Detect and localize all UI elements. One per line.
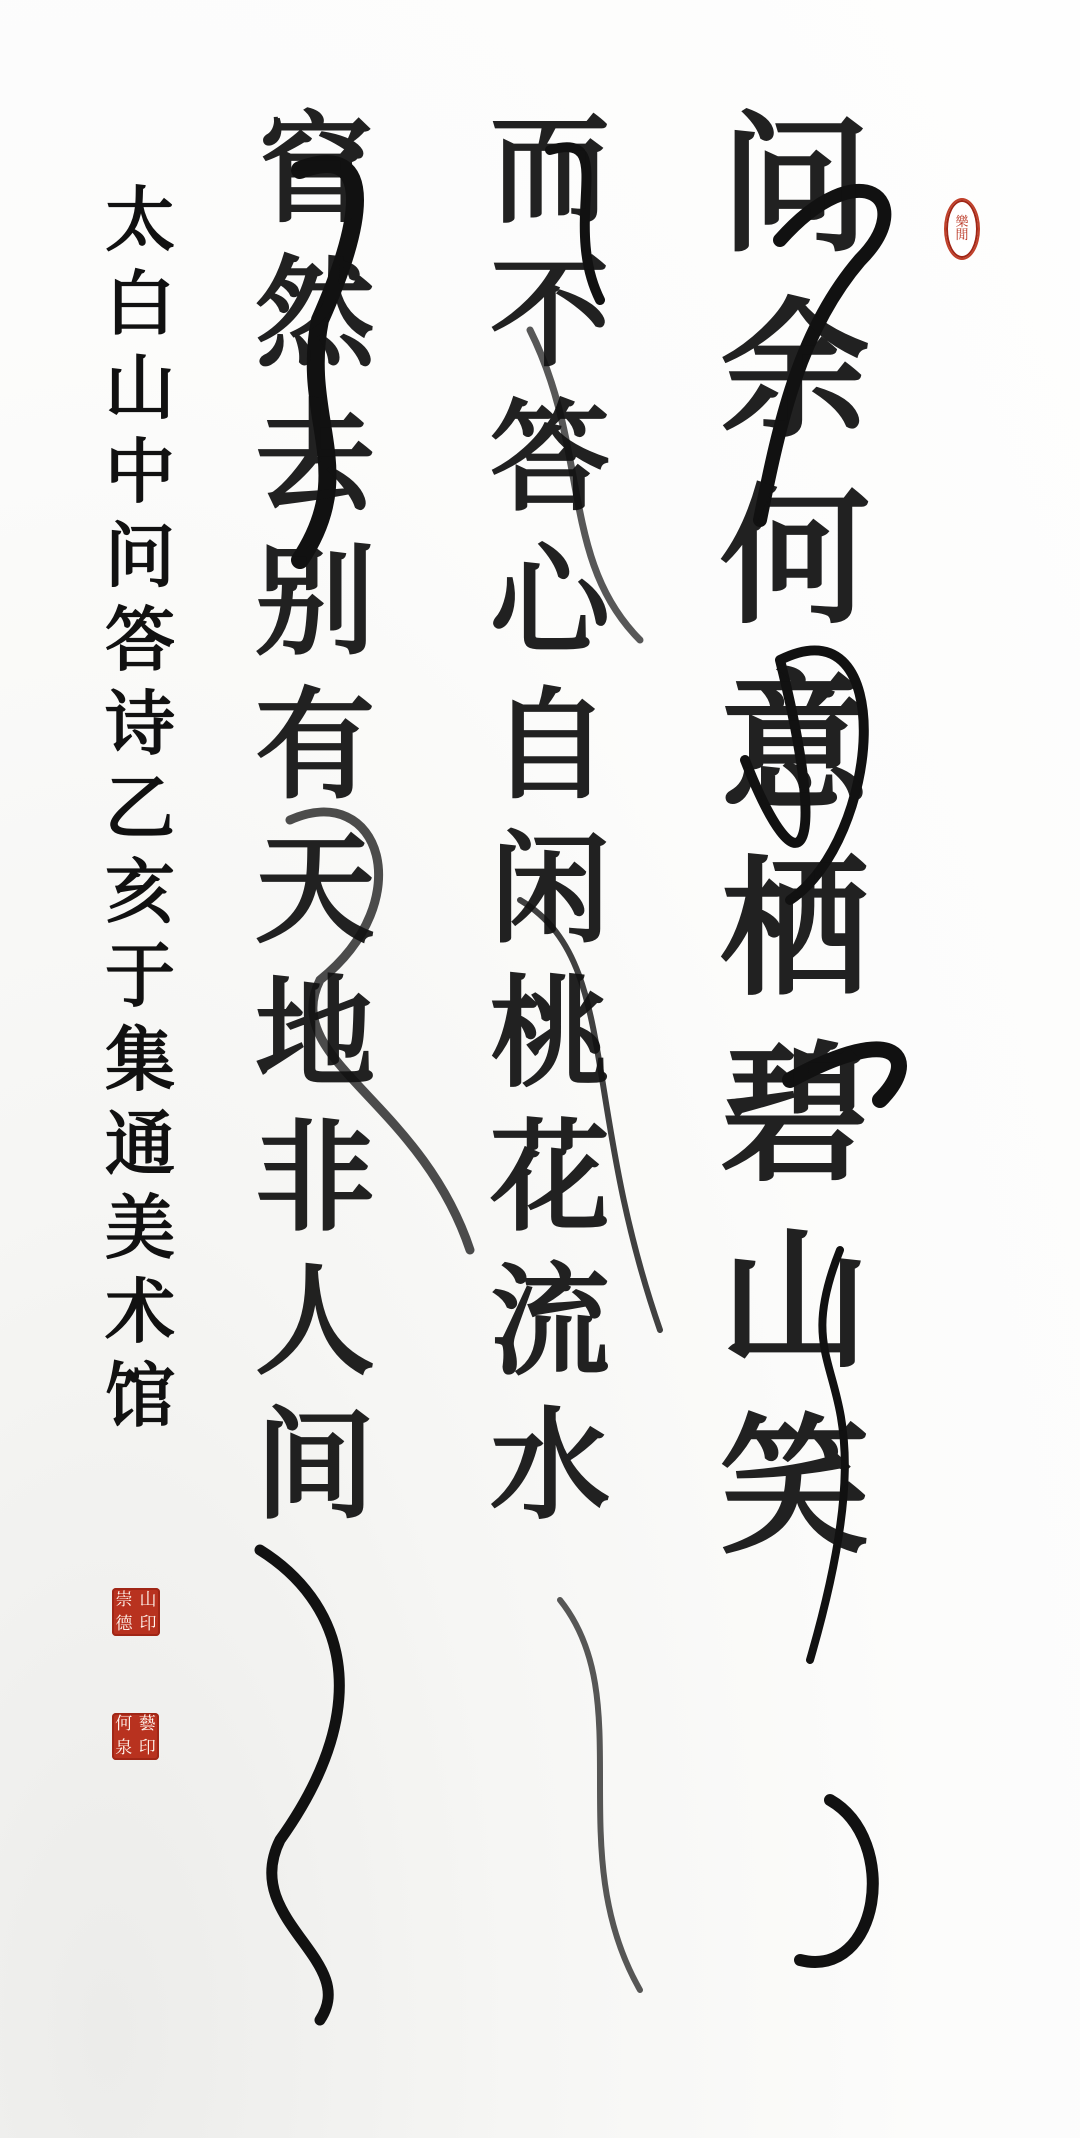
inscription-char: 中 [105,437,175,507]
seal-char: 藝 [136,1716,160,1733]
inscription-char: 集 [105,1025,175,1095]
poem-column-2: 而 不 答 心 自 闲 桃 花 流 水 [490,110,610,1550]
poem-char: 而 [490,110,610,230]
poem-char: 然 [255,254,375,374]
poem-char: 闲 [490,830,610,950]
seal-char: 崇 [112,1592,136,1609]
poem-column-1: 问 余 何 意 栖 碧 山 笑 [720,110,870,1598]
poem-char: 水 [490,1406,610,1526]
poem-char: 地 [255,974,375,1094]
poem-column-3: 窅 然 去 别 有 天 地 非 人 间 [255,110,375,1550]
calligraphy-scroll: 问 余 何 意 栖 碧 山 笑 而 不 答 心 自 闲 桃 花 流 水 窅 然 … [0,0,1080,2138]
poem-char: 何 [720,482,870,632]
inscription-char: 术 [105,1277,175,1347]
poem-char: 别 [255,542,375,662]
leisure-seal: 樂 閒 [944,198,980,260]
inscription-char: 诗 [105,689,175,759]
poem-char: 人 [255,1262,375,1382]
poem-char: 去 [255,398,375,518]
seal-char: 印 [136,1740,160,1757]
poem-char: 天 [255,830,375,950]
poem-char: 窅 [255,110,375,230]
inscription-char: 太 [105,185,175,255]
poem-char: 山 [720,1226,870,1376]
seal-char: 閒 [955,229,968,242]
inscription-char: 答 [105,605,175,675]
poem-char: 间 [255,1406,375,1526]
poem-char: 有 [255,686,375,806]
poem-char: 答 [490,398,610,518]
poem-char: 问 [720,110,870,260]
poem-char: 非 [255,1118,375,1238]
poem-char: 自 [490,686,610,806]
inscription-column: 太 白 山 中 问 答 诗 乙 亥 于 集 通 美 术 馆 [105,185,175,1445]
inscription-char: 白 [105,269,175,339]
poem-char: 意 [720,668,870,818]
poem-char: 笑 [720,1412,870,1562]
seal-char: 印 [136,1616,160,1633]
inscription-char: 乙 [105,773,175,843]
poem-char: 心 [490,542,610,662]
seal-char: 德 [112,1616,136,1633]
poem-char: 不 [490,254,610,374]
poem-char: 流 [490,1262,610,1382]
poem-char: 花 [490,1118,610,1238]
inscription-char: 通 [105,1109,175,1179]
seal-char: 何 [112,1716,136,1733]
poem-char: 桃 [490,974,610,1094]
poem-char: 余 [720,296,870,446]
inscription-char: 亥 [105,857,175,927]
inscription-char: 馆 [105,1361,175,1431]
inscription-char: 问 [105,521,175,591]
poem-char: 碧 [720,1040,870,1190]
inscription-char: 于 [105,941,175,1011]
seal-char: 山 [136,1592,160,1609]
inscription-char: 美 [105,1193,175,1263]
poem-char: 栖 [720,854,870,1004]
name-seal-2: 何 藝 泉 印 [112,1713,159,1760]
name-seal-1: 崇 山 德 印 [112,1588,160,1636]
inscription-char: 山 [105,353,175,423]
seal-char: 泉 [112,1740,136,1757]
